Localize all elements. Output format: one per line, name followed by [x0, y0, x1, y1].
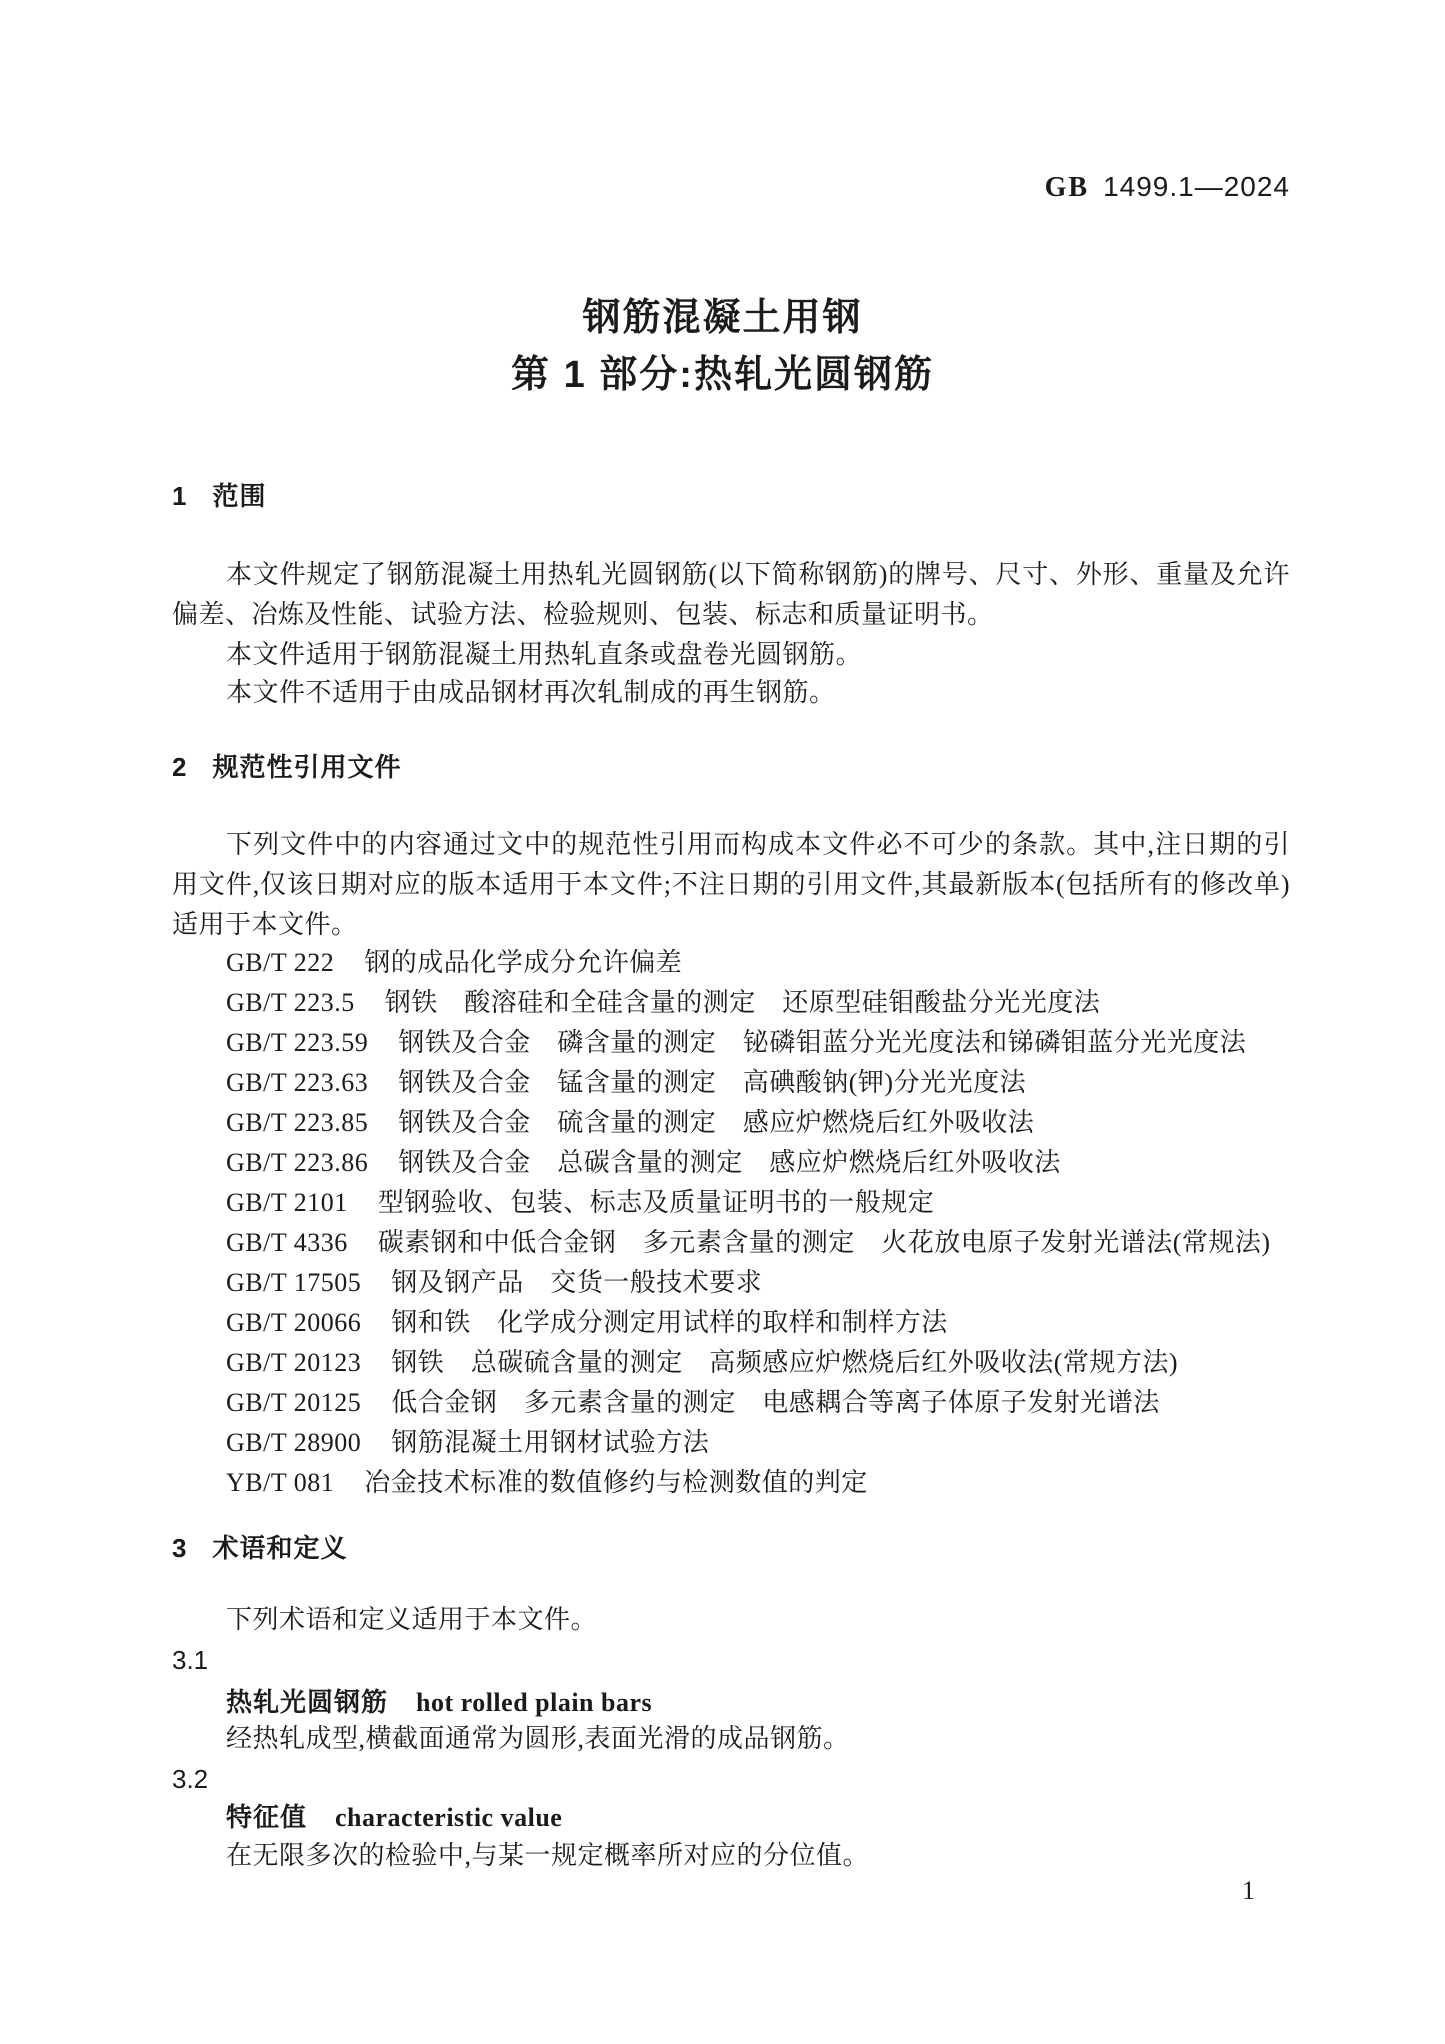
reference-title: 钢及钢产品 交货一般技术要求: [391, 1268, 762, 1297]
reference-code: GB/T 20066: [226, 1308, 361, 1337]
scope-paragraph-2: 本文件适用于钢筋混凝土用热轧直条或盘卷光圆钢筋。: [172, 635, 1290, 675]
reference-code: GB/T 222: [226, 948, 334, 977]
term-3-2-number: 3.2: [172, 1759, 208, 1799]
standard-document-page: GB1499.1—2024 钢筋混凝土用钢 第 1 部分:热轧光圆钢筋 1范围 …: [0, 0, 1445, 2044]
reference-item: GB/T 223.63钢铁及合金 锰含量的测定 高碘酸钠(钾)分光光度法: [226, 1063, 1326, 1103]
term-3-1-entry: 热轧光圆钢筋hot rolled plain bars: [226, 1682, 652, 1723]
normative-references-list: GB/T 222钢的成品化学成分允许偏差 GB/T 223.5钢铁 酸溶硅和全硅…: [226, 943, 1326, 1503]
section-3-number: 3: [172, 1533, 186, 1563]
term-3-1-en: hot rolled plain bars: [416, 1688, 652, 1717]
reference-title: 钢铁及合金 硫含量的测定 感应炉燃烧后红外吸收法: [398, 1108, 1034, 1137]
term-3-2-entry: 特征值characteristic value: [226, 1797, 562, 1838]
terms-intro-paragraph: 下列术语和定义适用于本文件。: [172, 1600, 1290, 1640]
document-title-line2: 第 1 部分:热轧光圆钢筋: [0, 353, 1445, 397]
reference-code: GB/T 28900: [226, 1428, 361, 1457]
reference-code: GB/T 223.86: [226, 1148, 368, 1177]
term-3-1-zh: 热轧光圆钢筋: [226, 1687, 388, 1717]
reference-item: GB/T 2101型钢验收、包装、标志及质量证明书的一般规定: [226, 1183, 1326, 1223]
term-3-2-zh: 特征值: [226, 1802, 307, 1832]
section-1-title: 范围: [212, 481, 266, 511]
document-code: GB1499.1—2024: [1045, 170, 1290, 205]
page-number: 1: [1242, 1871, 1255, 1911]
document-code-number: 1499.1—2024: [1103, 171, 1290, 202]
reference-code: GB/T 223.59: [226, 1028, 368, 1057]
reference-title: 型钢验收、包装、标志及质量证明书的一般规定: [378, 1188, 935, 1217]
reference-item: GB/T 20066钢和铁 化学成分测定用试样的取样和制样方法: [226, 1303, 1326, 1343]
reference-title: 碳素钢和中低合金钢 多元素含量的测定 火花放电原子发射光谱法(常规法): [378, 1228, 1271, 1257]
section-2-number: 2: [172, 752, 186, 782]
reference-item: GB/T 223.5钢铁 酸溶硅和全硅含量的测定 还原型硅钼酸盐分光光度法: [226, 983, 1326, 1023]
reference-title: 钢铁 总碳硫含量的测定 高频感应炉燃烧后红外吸收法(常规方法): [391, 1348, 1178, 1377]
reference-code: GB/T 20125: [226, 1388, 361, 1417]
reference-item: GB/T 223.86钢铁及合金 总碳含量的测定 感应炉燃烧后红外吸收法: [226, 1143, 1326, 1183]
reference-code: GB/T 20123: [226, 1348, 361, 1377]
section-3-title: 术语和定义: [212, 1533, 347, 1563]
reference-title: 钢和铁 化学成分测定用试样的取样和制样方法: [391, 1308, 948, 1337]
section-3-heading: 3术语和定义: [172, 1528, 347, 1568]
reference-item: GB/T 222钢的成品化学成分允许偏差: [226, 943, 1326, 983]
reference-code: GB/T 17505: [226, 1268, 361, 1297]
reference-item: YB/T 081冶金技术标准的数值修约与检测数值的判定: [226, 1463, 1326, 1503]
reference-item: GB/T 20123钢铁 总碳硫含量的测定 高频感应炉燃烧后红外吸收法(常规方法…: [226, 1343, 1326, 1383]
section-2-title: 规范性引用文件: [212, 752, 401, 782]
reference-title: 低合金钢 多元素含量的测定 电感耦合等离子体原子发射光谱法: [391, 1388, 1160, 1417]
references-intro-paragraph: 下列文件中的内容通过文中的规范性引用而构成本文件必不可少的条款。其中,注日期的引…: [172, 825, 1290, 945]
reference-item: GB/T 28900钢筋混凝土用钢材试验方法: [226, 1423, 1326, 1463]
document-code-prefix: GB: [1045, 172, 1089, 203]
reference-code: YB/T 081: [226, 1468, 334, 1497]
section-1-number: 1: [172, 481, 186, 511]
scope-paragraph-3: 本文件不适用于由成品钢材再次轧制成的再生钢筋。: [172, 673, 1290, 713]
reference-code: GB/T 223.85: [226, 1108, 368, 1137]
term-3-2-definition: 在无限多次的检验中,与某一规定概率所对应的分位值。: [226, 1836, 1290, 1876]
section-1-heading: 1范围: [172, 476, 266, 516]
reference-title: 钢铁及合金 总碳含量的测定 感应炉燃烧后红外吸收法: [398, 1148, 1061, 1177]
reference-title: 钢铁及合金 锰含量的测定 高碘酸钠(钾)分光光度法: [398, 1068, 1026, 1097]
reference-code: GB/T 223.5: [226, 988, 355, 1017]
reference-item: GB/T 4336碳素钢和中低合金钢 多元素含量的测定 火花放电原子发射光谱法(…: [226, 1223, 1326, 1263]
reference-title: 钢铁 酸溶硅和全硅含量的测定 还原型硅钼酸盐分光光度法: [385, 988, 1101, 1017]
term-3-1-number: 3.1: [172, 1640, 208, 1680]
document-title-line1: 钢筋混凝土用钢: [0, 296, 1445, 340]
reference-title: 冶金技术标准的数值修约与检测数值的判定: [364, 1468, 868, 1497]
reference-item: GB/T 20125低合金钢 多元素含量的测定 电感耦合等离子体原子发射光谱法: [226, 1383, 1326, 1423]
reference-item: GB/T 17505钢及钢产品 交货一般技术要求: [226, 1263, 1326, 1303]
reference-code: GB/T 2101: [226, 1188, 348, 1217]
reference-item: GB/T 223.59钢铁及合金 磷含量的测定 铋磷钼蓝分光光度法和锑磷钼蓝分光…: [226, 1023, 1326, 1063]
section-2-heading: 2规范性引用文件: [172, 747, 401, 787]
term-3-1-definition: 经热轧成型,横截面通常为圆形,表面光滑的成品钢筋。: [226, 1719, 1290, 1759]
scope-paragraph-1: 本文件规定了钢筋混凝土用热轧光圆钢筋(以下简称钢筋)的牌号、尺寸、外形、重量及允…: [172, 555, 1290, 635]
reference-item: GB/T 223.85钢铁及合金 硫含量的测定 感应炉燃烧后红外吸收法: [226, 1103, 1326, 1143]
reference-code: GB/T 223.63: [226, 1068, 368, 1097]
reference-title: 钢铁及合金 磷含量的测定 铋磷钼蓝分光光度法和锑磷钼蓝分光光度法: [398, 1028, 1246, 1057]
reference-title: 钢的成品化学成分允许偏差: [364, 948, 682, 977]
term-3-2-en: characteristic value: [335, 1803, 562, 1832]
reference-code: GB/T 4336: [226, 1228, 348, 1257]
reference-title: 钢筋混凝土用钢材试验方法: [391, 1428, 709, 1457]
